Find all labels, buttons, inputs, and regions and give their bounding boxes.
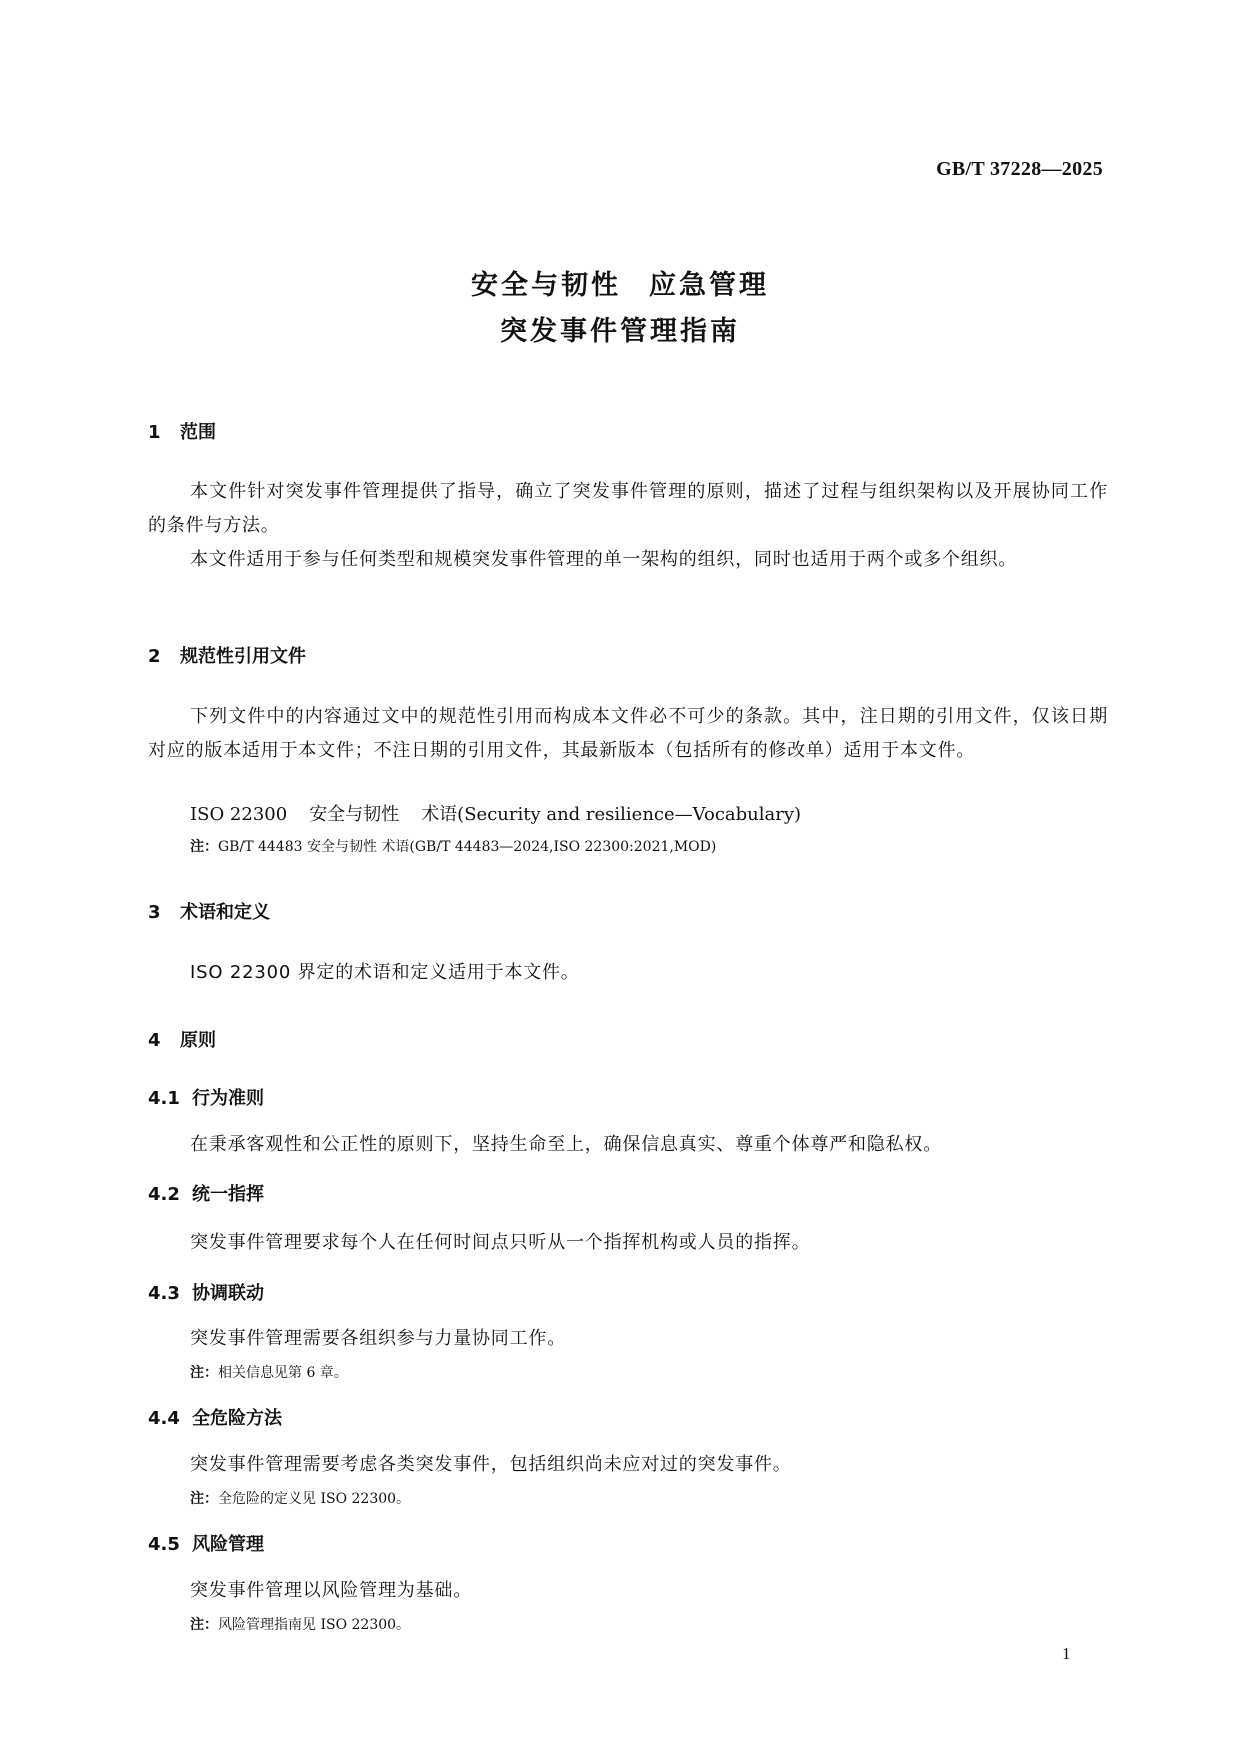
subsection-number: 4.4	[148, 1410, 192, 1428]
note-text: 相关信息见第 6 章。	[218, 1365, 348, 1381]
section-number: 2	[148, 648, 180, 666]
note-label: 注：	[190, 1491, 218, 1507]
section-3-heading: 3术语和定义	[148, 904, 1108, 922]
subsection-4-4-note: 注：全危险的定义见 ISO 22300。	[148, 1492, 1150, 1506]
subsection-number: 4.2	[148, 1186, 192, 1204]
section-number: 3	[148, 904, 180, 922]
note-label: 注：	[190, 1365, 218, 1381]
reference-code: ISO 22300	[190, 804, 287, 825]
subsection-title: 行为准则	[192, 1088, 264, 1109]
document-page: GB/T 37228—2025 安全与韧性应急管理 突发事件管理指南 1范围 本…	[0, 0, 1240, 1754]
subsection-4-3-note: 注：相关信息见第 6 章。	[148, 1366, 1150, 1380]
subsection-4-3-heading: 4.3协调联动	[148, 1285, 1108, 1303]
section-number: 1	[148, 424, 180, 442]
section-2-paragraph: 下列文件中的内容通过文中的规范性引用而构成本文件必不可少的条款。其中，注日期的引…	[148, 700, 1108, 768]
section-1-paragraph-2: 本文件适用于参与任何类型和规模突发事件管理的单一架构的组织，同时也适用于两个或多…	[148, 543, 1108, 577]
subsection-4-3-paragraph: 突发事件管理需要各组织参与力量协同工作。	[148, 1322, 1108, 1356]
subsection-4-5-paragraph: 突发事件管理以风险管理为基础。	[148, 1574, 1108, 1608]
section-4-heading: 4原则	[148, 1032, 1108, 1050]
section-3-paragraph: ISO 22300 界定的术语和定义适用于本文件。	[148, 956, 1108, 990]
page-number: 1	[1062, 1644, 1071, 1664]
section-number: 4	[148, 1032, 180, 1050]
reference-note: 注：GB/T 44483 安全与韧性 术语(GB/T 44483—2024,IS…	[148, 840, 1150, 854]
note-text: 风险管理指南见 ISO 22300。	[218, 1617, 410, 1633]
subsection-4-4-heading: 4.4全危险方法	[148, 1410, 1108, 1428]
subsection-title: 风险管理	[192, 1534, 264, 1555]
reference-title-cn: 安全与韧性	[309, 804, 399, 825]
section-title: 规范性引用文件	[180, 646, 306, 667]
note-label: 注：	[190, 1617, 218, 1633]
reference-title-en: 术语(Security and resilience—Vocabulary)	[421, 804, 801, 825]
subsection-4-4-paragraph: 突发事件管理需要考虑各类突发事件，包括组织尚未应对过的突发事件。	[148, 1448, 1108, 1482]
subsection-number: 4.1	[148, 1090, 192, 1108]
subsection-4-2-heading: 4.2统一指挥	[148, 1186, 1108, 1204]
title-part2: 应急管理	[649, 270, 769, 301]
section-2-heading: 2规范性引用文件	[148, 648, 1108, 666]
normative-reference: ISO 22300安全与韧性术语(Security and resilience…	[148, 806, 1150, 824]
subsection-4-1-heading: 4.1行为准则	[148, 1090, 1108, 1108]
document-title-line1: 安全与韧性应急管理	[0, 272, 1240, 299]
section-1-heading: 1范围	[148, 424, 1108, 442]
subsection-title: 统一指挥	[192, 1184, 264, 1205]
subsection-4-2-paragraph: 突发事件管理要求每个人在任何时间点只听从一个指挥机构或人员的指挥。	[148, 1226, 1108, 1260]
document-title-line2: 突发事件管理指南	[0, 318, 1240, 345]
subsection-number: 4.5	[148, 1536, 192, 1554]
section-title: 范围	[180, 422, 216, 443]
note-label: 注：	[190, 839, 218, 855]
note-text: 全危险的定义见 ISO 22300。	[218, 1491, 410, 1507]
subsection-title: 协调联动	[192, 1283, 264, 1304]
subsection-number: 4.3	[148, 1285, 192, 1303]
subsection-4-1-paragraph: 在秉承客观性和公正性的原则下，坚持生命至上，确保信息真实、尊重个体尊严和隐私权。	[148, 1128, 1108, 1162]
section-title: 原则	[180, 1030, 216, 1051]
subsection-title: 全危险方法	[192, 1408, 282, 1429]
subsection-4-5-note: 注：风险管理指南见 ISO 22300。	[148, 1618, 1150, 1632]
title-part1: 安全与韧性	[471, 270, 621, 301]
note-text: GB/T 44483 安全与韧性 术语(GB/T 44483—2024,ISO …	[218, 839, 716, 855]
section-title: 术语和定义	[180, 902, 270, 923]
standard-number: GB/T 37228—2025	[936, 158, 1103, 181]
subsection-4-5-heading: 4.5风险管理	[148, 1536, 1108, 1554]
section-1-paragraph-1: 本文件针对突发事件管理提供了指导，确立了突发事件管理的原则，描述了过程与组织架构…	[148, 475, 1108, 543]
